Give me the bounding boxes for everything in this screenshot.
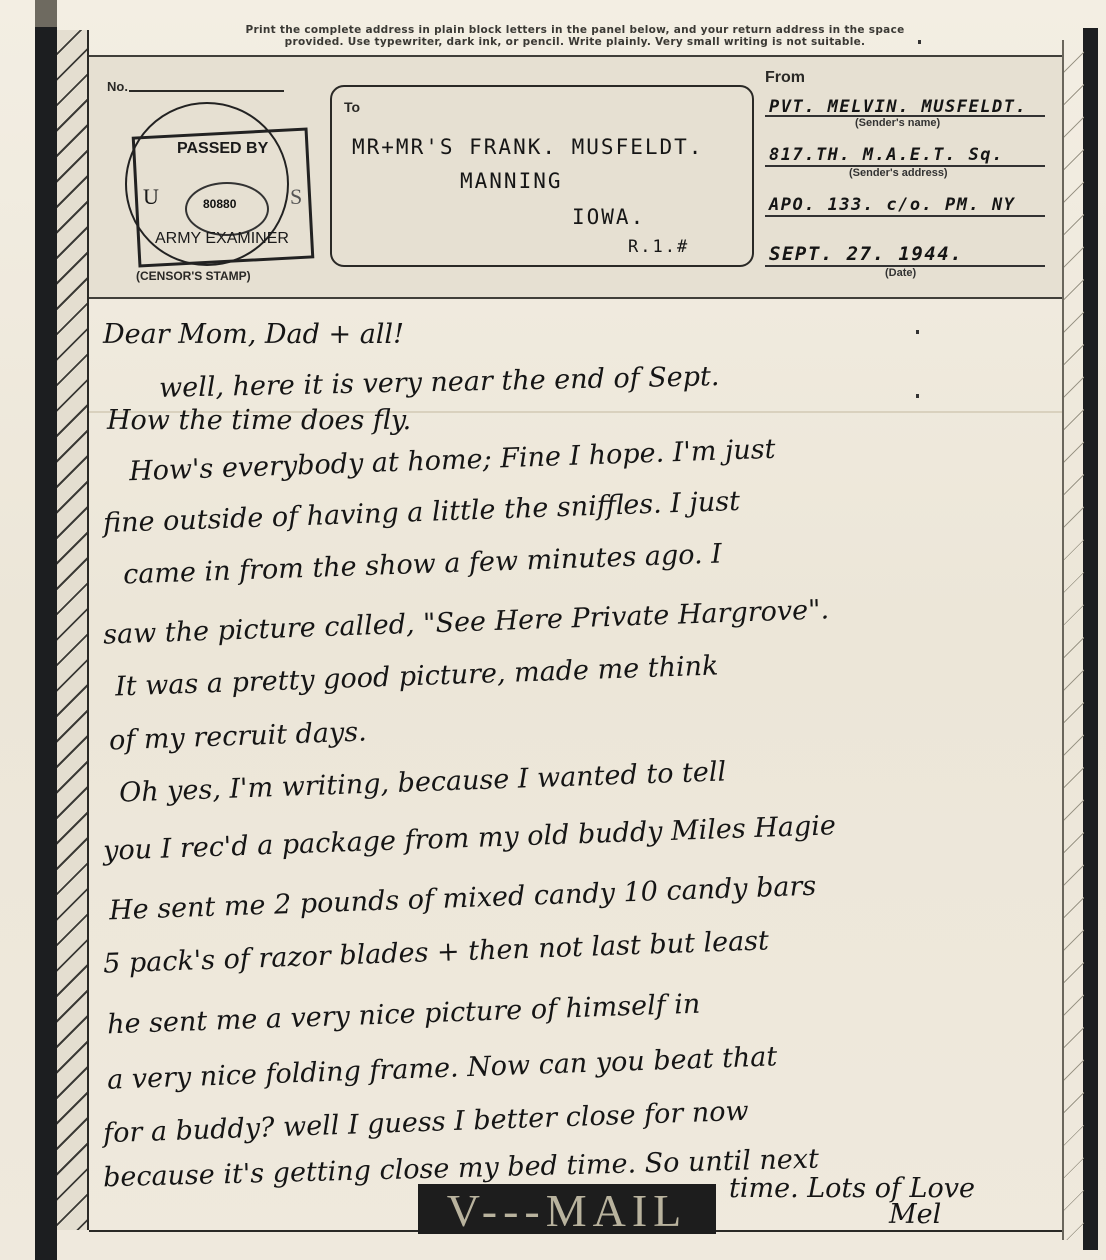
censor-stamp-label: (CENSOR'S STAMP) <box>136 269 251 283</box>
sender-unit: 817.TH. M.A.E.T. Sq. <box>769 145 1004 165</box>
letter-line: for a buddy? well I guess I better close… <box>103 1096 749 1150</box>
letter-line: fine outside of having a little the snif… <box>103 486 741 539</box>
punch-mark <box>918 40 921 44</box>
letter-line: a very nice folding frame. Now can you b… <box>107 1041 778 1095</box>
letter-line: well, here it is very near the end of Se… <box>159 361 720 404</box>
letter-line: How the time does fly. <box>107 405 411 436</box>
punch-mark <box>916 330 919 334</box>
stamp-s: S <box>290 184 302 210</box>
vmail-letter-photo: Print the complete address in plain bloc… <box>0 0 1106 1260</box>
instructions-line-1: Print the complete address in plain bloc… <box>200 24 950 36</box>
letter-line: How's everybody at home; Fine I hope. I'… <box>129 434 776 488</box>
recipient-state: IOWA. <box>572 205 645 229</box>
recipient-name: MR+MR'S FRANK. MUSFELDT. <box>352 135 703 159</box>
recipient-box: To MR+MR'S FRANK. MUSFELDT. MANNING IOWA… <box>330 85 754 267</box>
instructions-line-2: provided. Use typewriter, dark ink, or p… <box>200 36 950 48</box>
punch-mark <box>916 394 919 398</box>
recipient-route: R.1.# <box>628 237 689 257</box>
letter-line: Dear Mom, Dad + all! <box>103 319 404 350</box>
letter-line: of my recruit days. <box>109 717 368 757</box>
censor-stamp: PASSED BY U S 80880 ARMY EXAMINER <box>125 102 325 282</box>
left-edge-shadow <box>35 0 57 27</box>
letter-signature: Mel <box>889 1199 941 1230</box>
stamp-army-examiner: ARMY EXAMINER <box>155 230 289 248</box>
stamp-u: U <box>143 184 159 210</box>
letter-line: 5 pack's of razor blades + then not last… <box>103 925 770 979</box>
letter-line: he sent me a very nice picture of himsel… <box>107 989 701 1041</box>
letter-line: saw the picture called, "See Here Privat… <box>103 594 830 650</box>
address-header: No. PASSED BY U S 80880 ARMY EXAMINER (C… <box>89 55 1062 299</box>
form-instructions: Print the complete address in plain bloc… <box>200 24 950 48</box>
letter-line: you I rec'd a package from my old buddy … <box>103 810 837 867</box>
letter-date: SEPT. 27. 1944. <box>769 243 963 265</box>
date-caption: (Date) <box>885 267 916 279</box>
letter-line: Oh yes, I'm writing, because I wanted to… <box>119 756 727 808</box>
sender-name-caption: (Sender's name) <box>855 117 940 129</box>
sender-apo-line <box>765 215 1045 217</box>
stamp-passed-by: PASSED BY <box>177 140 268 158</box>
number-label: No. <box>107 79 128 94</box>
letter-body: Dear Mom, Dad + all! well, here it is ve… <box>89 297 1062 1232</box>
sender-address-caption: (Sender's address) <box>849 167 948 179</box>
sender-name: PVT. MELVIN. MUSFELDT. <box>769 97 1027 117</box>
letter-line: It was a pretty good picture, made me th… <box>115 650 719 702</box>
stamp-number: 80880 <box>203 197 236 211</box>
to-label: To <box>344 99 360 115</box>
from-label: From <box>765 69 805 87</box>
recipient-town: MANNING <box>460 169 563 193</box>
right-black-border <box>1083 28 1098 1250</box>
number-line <box>129 90 284 92</box>
sender-apo: APO. 133. c/o. PM. NY <box>769 195 1015 215</box>
right-hatched-margin <box>1062 40 1084 1240</box>
left-black-border <box>35 27 57 1260</box>
letter-line: came in from the show a few minutes ago.… <box>123 539 723 591</box>
letter-line: He sent me 2 pounds of mixed candy 10 ca… <box>109 871 817 927</box>
left-hatched-margin <box>57 30 89 1230</box>
vmail-banner: V---MAIL <box>418 1184 716 1234</box>
